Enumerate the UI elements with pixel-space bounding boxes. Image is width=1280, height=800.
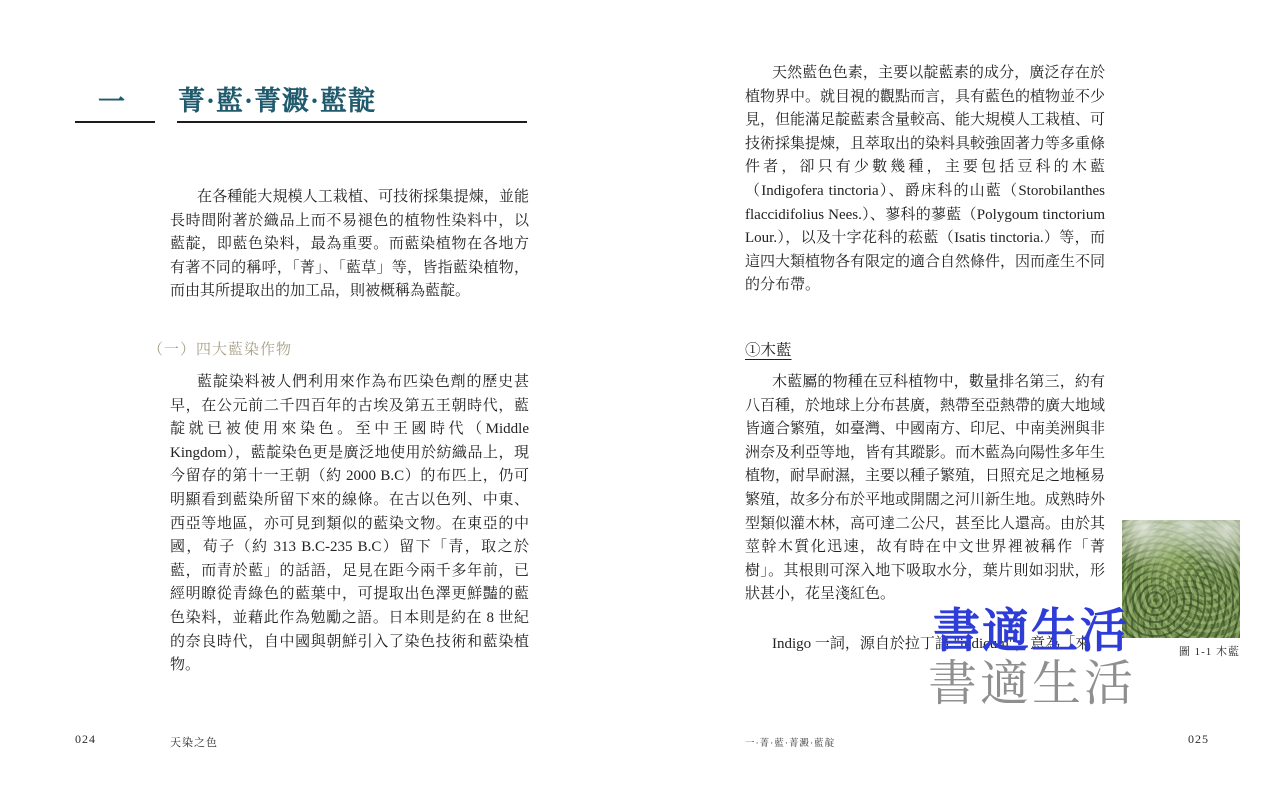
right-section-heading: ①木藍 bbox=[745, 338, 792, 360]
right-running-footer: 一·菁·藍·菁澱·藍靛 bbox=[745, 735, 835, 749]
left-running-footer: 天染之色 bbox=[170, 734, 218, 750]
left-paragraph-2: 藍靛染料被人們利用來作為布匹染色劑的歷史甚早，在公元前二千四百年的古埃及第五王朝… bbox=[170, 371, 529, 678]
chapter-number: 一 bbox=[98, 80, 127, 119]
watermark-gray: 書適生活 bbox=[928, 645, 1136, 715]
right-paragraph-2: 木藍屬的物種在豆科植物中，數量排名第三，約有八百種，於地球上分布甚廣，熱帶至亞熱… bbox=[745, 371, 1105, 607]
chapter-title: 菁·藍·菁澱·藍靛 bbox=[178, 79, 376, 118]
left-paragraph-1: 在各種能大規模人工栽植、可技術採集提煉，並能長時間附著於織品上而不易褪色的植物性… bbox=[170, 186, 529, 304]
indigo-plant-photo bbox=[1122, 520, 1240, 638]
right-paragraph-1: 天然藍色色素，主要以靛藍素的成分，廣泛存在於植物界中。就目視的觀點而言，具有藍色… bbox=[745, 62, 1105, 298]
chapter-title-rule bbox=[177, 121, 527, 123]
book-spread: { "page_left": { "chapter_number": "一", … bbox=[0, 0, 1280, 800]
right-page-number: 025 bbox=[1188, 732, 1209, 747]
figure-caption: 圖 1-1 木藍 bbox=[1122, 643, 1240, 659]
left-page-number: 024 bbox=[75, 732, 96, 747]
chapter-number-rule bbox=[75, 121, 155, 123]
left-section-heading: （一）四大藍染作物 bbox=[148, 338, 292, 359]
